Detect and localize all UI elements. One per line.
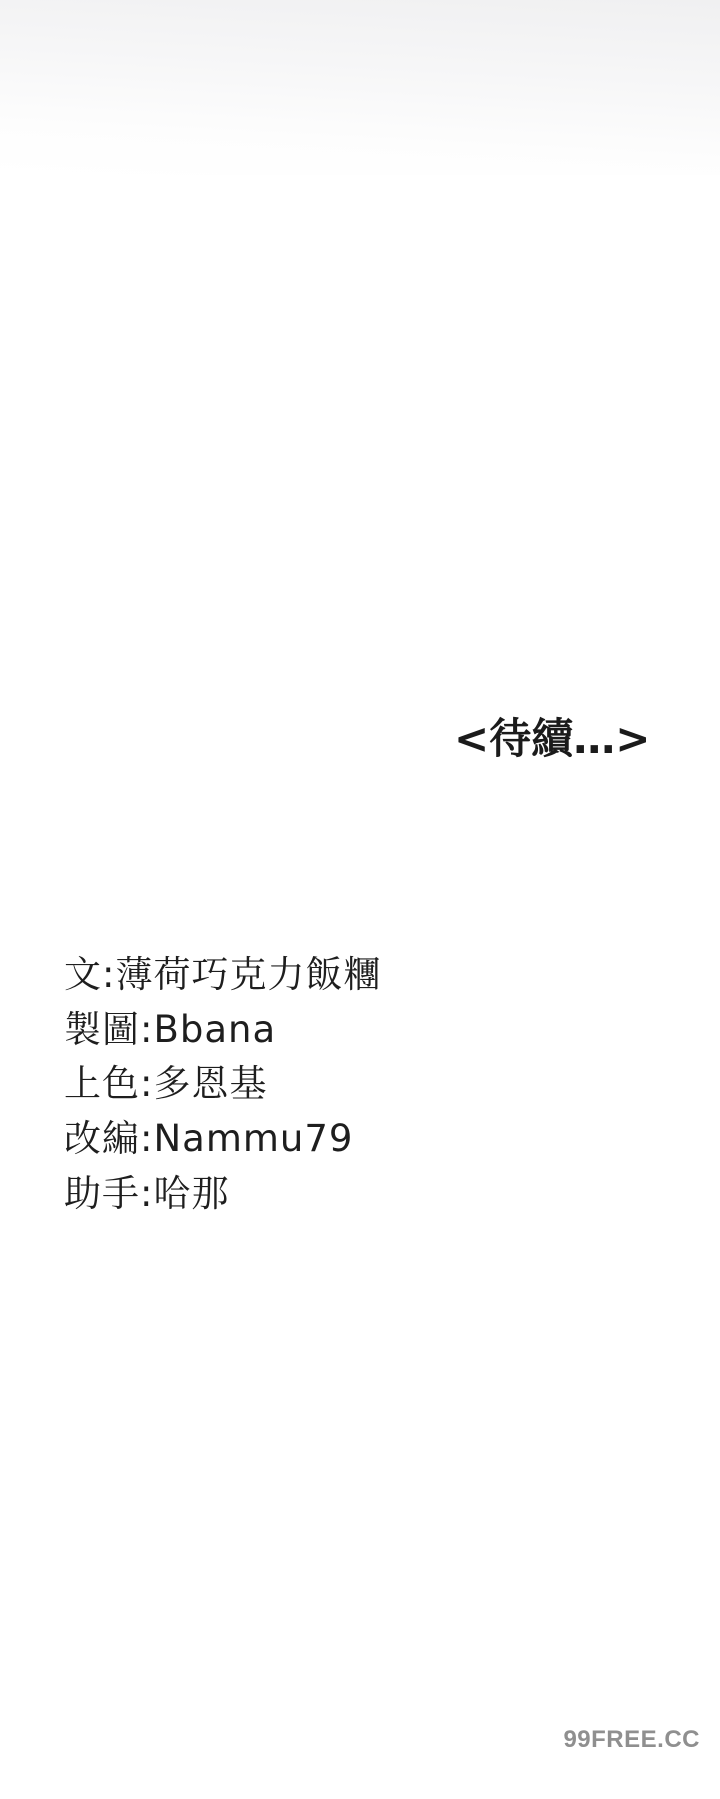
site-watermark: 99FREE.CC: [563, 1726, 700, 1754]
credits-block: 文:薄荷巧克力飯糰 製圖:Bbana 上色:多恩基 改編:Nammu79 助手:…: [64, 944, 381, 1217]
credit-line-adaptation: 改編:Nammu79: [64, 1108, 381, 1163]
credit-line-art: 製圖:Bbana: [64, 999, 381, 1054]
credit-line-coloring: 上色:多恩基: [64, 1053, 381, 1108]
credit-line-assistant: 助手:哈那: [64, 1162, 381, 1217]
comic-page: <待續…> 文:薄荷巧克力飯糰 製圖:Bbana 上色:多恩基 改編:Nammu…: [0, 0, 720, 1799]
credit-line-story: 文:薄荷巧克力飯糰: [64, 944, 381, 999]
to-be-continued-text: <待續…>: [454, 706, 650, 766]
panel-bottom-fade: [0, 0, 720, 175]
